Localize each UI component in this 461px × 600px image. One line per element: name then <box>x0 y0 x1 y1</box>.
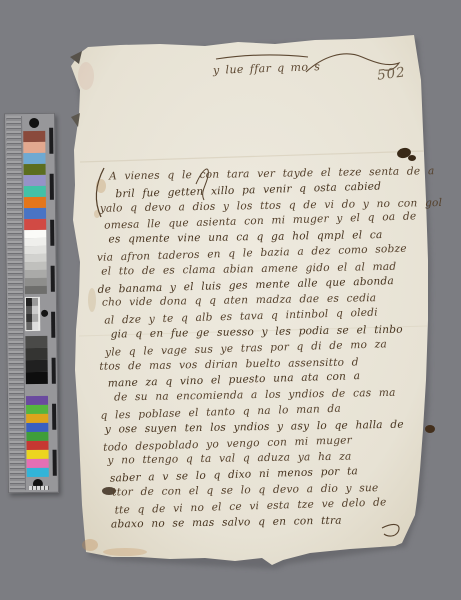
color-patch <box>24 208 46 219</box>
grayscale-patch <box>25 262 47 270</box>
edge-stain <box>103 548 147 556</box>
color-patch <box>26 441 48 450</box>
patch-gap <box>26 384 48 396</box>
color-patch <box>26 405 48 414</box>
edge-stain <box>82 539 98 551</box>
photograph-background: y lue ffar q mo s 502 A vienes q le con … <box>0 0 461 600</box>
mini-target-square <box>32 322 38 330</box>
grayscale-patch <box>25 270 47 278</box>
edge-dash <box>52 358 56 384</box>
mini-target-square <box>32 298 38 306</box>
edge-dash <box>49 128 53 154</box>
color-patch <box>24 219 46 230</box>
edge-dash <box>50 174 54 200</box>
manuscript-text-block: A vienes q le con tara ver tayde el teze… <box>93 163 431 534</box>
edge-dash <box>51 312 55 338</box>
dash-column <box>5 114 54 115</box>
grayscale-patch <box>26 372 48 384</box>
mini-target-square <box>32 306 38 314</box>
registration-dot <box>41 310 48 317</box>
grayscale-patch <box>25 348 47 360</box>
mini-target-square <box>32 314 38 322</box>
grayscale-patch <box>26 360 48 372</box>
grayscale-patch <box>24 230 46 238</box>
color-patch <box>27 468 49 477</box>
color-patch <box>26 432 48 441</box>
patch-column <box>23 116 49 492</box>
color-patch <box>26 396 48 405</box>
grayscale-patch <box>24 246 46 254</box>
edge-dash <box>51 266 55 292</box>
color-patch <box>26 414 48 423</box>
color-patch <box>27 450 49 459</box>
color-patch <box>27 459 49 468</box>
edge-dash <box>50 220 54 246</box>
registration-circle <box>29 118 39 128</box>
grayscale-patch <box>25 278 47 286</box>
resolution-mini-target <box>25 296 47 332</box>
color-patch <box>24 175 46 186</box>
grayscale-patch <box>25 336 47 348</box>
color-patch <box>24 186 46 197</box>
grayscale-patch <box>24 254 46 262</box>
calibration-strip <box>4 113 59 494</box>
target-label <box>29 486 49 490</box>
grayscale-patch <box>25 286 47 294</box>
grayscale-patch <box>24 238 46 246</box>
edge-dash <box>52 404 56 430</box>
color-patch <box>24 197 46 208</box>
ink-blot <box>408 155 416 161</box>
edge-dash <box>53 450 57 476</box>
color-patch <box>23 142 45 153</box>
color-patch <box>26 423 48 432</box>
color-patch <box>23 131 45 142</box>
color-patch <box>24 164 46 175</box>
foxing-stain <box>78 62 94 90</box>
color-patch <box>23 153 45 164</box>
